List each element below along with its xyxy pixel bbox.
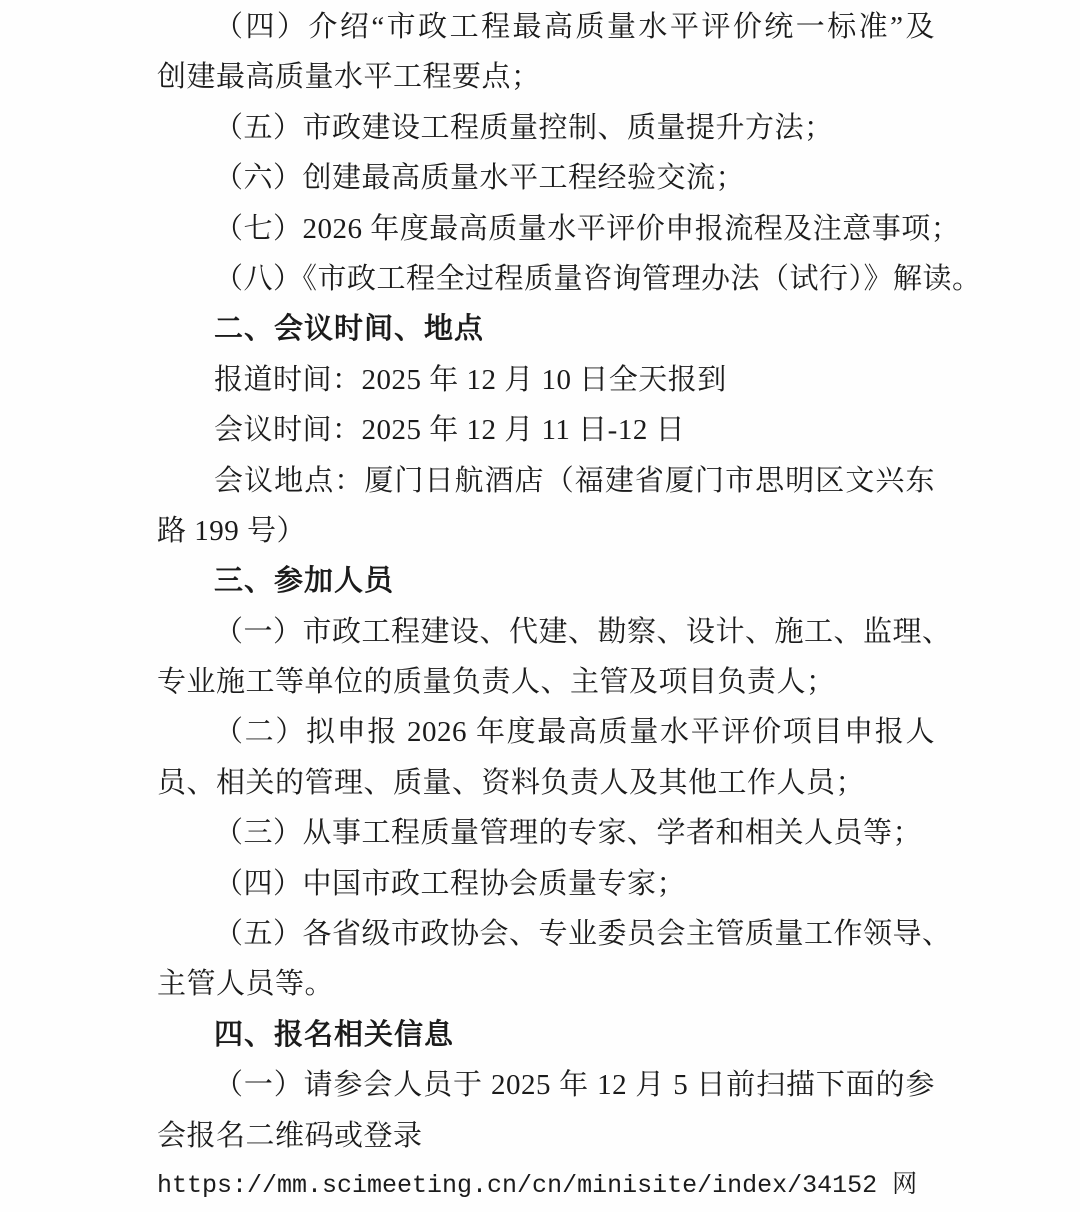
section-heading: 四、报名相关信息 bbox=[157, 1010, 935, 1060]
section-heading: 三、参加人员 bbox=[157, 556, 935, 606]
document-page: （四）介绍“市政工程最高质量水平评价统一标准”及创建最高质量水平工程要点；（五）… bbox=[0, 0, 1080, 1212]
document-line: 创建最高质量水平工程要点； bbox=[157, 52, 935, 102]
text-column: （四）介绍“市政工程最高质量水平评价统一标准”及创建最高质量水平工程要点；（五）… bbox=[157, 2, 935, 1211]
registration-url-text: https://mm.scimeeting.cn/cn/minisite/ind… bbox=[157, 1161, 935, 1211]
section-heading: 二、会议时间、地点 bbox=[157, 304, 935, 354]
document-line: 会议时间：2025 年 12 月 11 日-12 日 bbox=[157, 405, 935, 455]
document-line: （七）2026 年度最高质量水平评价申报流程及注意事项； bbox=[157, 204, 935, 254]
document-line: 会报名二维码或登录 bbox=[157, 1111, 935, 1161]
document-line: （五）市政建设工程质量控制、质量提升方法； bbox=[157, 103, 935, 153]
document-line: （八）《市政工程全过程质量咨询管理办法（试行）》解读。 bbox=[157, 254, 935, 304]
document-line: （三）从事工程质量管理的专家、学者和相关人员等； bbox=[157, 808, 935, 858]
document-line: （四）中国市政工程协会质量专家； bbox=[157, 859, 935, 909]
document-line: 员、相关的管理、质量、资料负责人及其他工作人员； bbox=[157, 758, 935, 808]
document-line: （一）请参会人员于 2025 年 12 月 5 日前扫描下面的参 bbox=[157, 1060, 935, 1110]
document-line: （五）各省级市政协会、专业委员会主管质量工作领导、 bbox=[157, 909, 935, 959]
document-line: 会议地点：厦门日航酒店（福建省厦门市思明区文兴东 bbox=[157, 456, 935, 506]
document-line: （一）市政工程建设、代建、勘察、设计、施工、监理、 bbox=[157, 607, 935, 657]
document-line: 报道时间：2025 年 12 月 10 日全天报到 bbox=[157, 355, 935, 405]
document-line: （二）拟申报 2026 年度最高质量水平评价项目申报人 bbox=[157, 707, 935, 757]
document-line: 专业施工等单位的质量负责人、主管及项目负责人； bbox=[157, 657, 935, 707]
document-line: 路 199 号） bbox=[157, 506, 935, 556]
document-line: （六）创建最高质量水平工程经验交流； bbox=[157, 153, 935, 203]
document-line: （四）介绍“市政工程最高质量水平评价统一标准”及 bbox=[157, 2, 935, 52]
document-line: 主管人员等。 bbox=[157, 959, 935, 1009]
